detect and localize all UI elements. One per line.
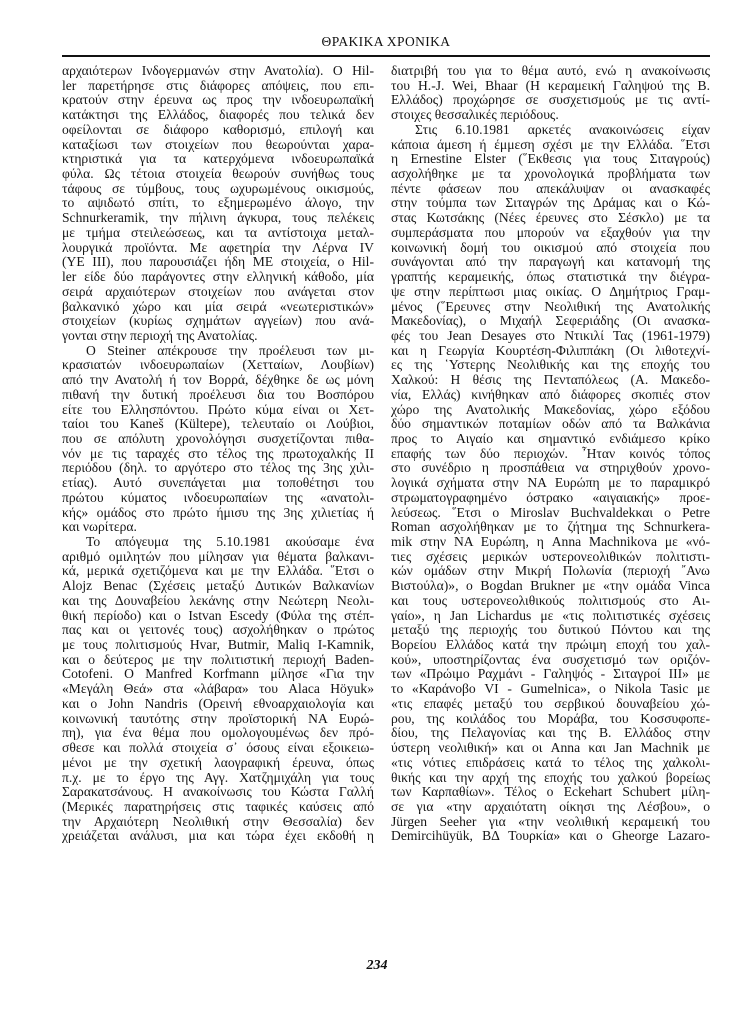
text-line: Στις 6.10.1981 αρκετές ανακοινώσεις είχα… (391, 123, 710, 138)
text-line: των Καρπαθίων». Τέλος ο Eckehart Schuber… (391, 785, 710, 800)
text-line: ταίοι του Kaneš (Kültepe), τελευταίο οι … (62, 417, 374, 432)
right-column: διατριβή του για το θέμα αυτό, ενώ η ανα… (391, 64, 710, 844)
text-line: τιες σχέσεις μερικών υστερονεολιθικών πο… (391, 550, 710, 565)
text-line: στην τούμπα των Σιταγρών της Δράμας και … (391, 196, 710, 211)
text-line: ασχολήθηκε με τα χρονολογικά προβλήματα … (391, 167, 710, 182)
text-line: συνάγονται από την παραγωγή και κατανομή… (391, 255, 710, 270)
text-line: μένος (῞Ερευνες στην Νεολιθική της Ανατο… (391, 300, 710, 315)
text-line: από την Ανατολή ή τον Βορρά, δέχθηκε δε … (62, 373, 374, 388)
text-line: (Μερικές παρατηρήσεις στις ταφικές καύσε… (62, 800, 374, 815)
text-line: σε για «την αρχαιότατη οίκησι της Λέσβου… (391, 800, 710, 815)
text-line: του H.-J. Wei, Bhaar (Η κεραμεική Γαληψο… (391, 79, 710, 94)
text-line: Ο Steiner απέκρουσε την προέλευσι των μι… (62, 344, 374, 359)
text-line: θική περίοδο) και ο Istvan Escedy (Φύλα … (62, 609, 374, 624)
text-line: μένοι με την σχετική λαογραφική έρευνα, … (62, 756, 374, 771)
text-line: και ο John Nandris (Ορεινή εθνοαρχαιολογ… (62, 697, 374, 712)
text-line: το αψιδωτό σπίτι, το εξημερωμένο άλογο, … (62, 196, 374, 211)
text-line: λεύσεως. ῞Ετσι ο Miroslav Buchvaldekκαι … (391, 506, 710, 521)
text-line: πη), για ένα θέμα που ομολογουμένως δεν … (62, 726, 374, 741)
text-line: ler παρετήρησε στις διάφορες απόψεις, πο… (62, 79, 374, 94)
text-line: η Ernestine Elster (῞Εκθεσις για τους Σι… (391, 152, 710, 167)
text-line: βαλκανικό χώρο και μία σειρά «νεωτεριστι… (62, 300, 374, 315)
text-line: Μακεδονίας), ο Μιχαήλ Σεφεριάδης (Οι ανα… (391, 314, 710, 329)
text-line: και τους υστερονεολιθικούς πολιτισμούς σ… (391, 594, 710, 609)
text-line: και η Γεωργία Κουρτέση-Φιλιππάκη (Οι λιθ… (391, 344, 710, 359)
text-line: «τις νότιες επιδράσεις κατά το τέλος της… (391, 756, 710, 771)
header-rule (62, 55, 710, 57)
text-line: με τμήμα στειλεώσεως, και τα αντίστοιχα … (62, 226, 374, 241)
text-line: οφείλονται σε διάφορο καθορισμό, επιλογή… (62, 123, 374, 138)
text-line: Σαρακατσάνους. Η ανακοίνωσις του Κώστα Γ… (62, 785, 374, 800)
text-line: κρατούν στην έρευνα ως προς την ινδοευρω… (62, 93, 374, 108)
text-line: δίου, της Πελαγονίας και της Β. Ελλάδος … (391, 726, 710, 741)
text-line: κρασιατών ινδοευρωπαίων (Χετταίων, Λουβί… (62, 358, 374, 373)
text-line: (ΥΕ III), που παρουσιάζει ήδη ΜΕ στοιχεί… (62, 255, 374, 270)
text-line: λογικά σχήματα στην ΝΑ Ευρώπη με το παρα… (391, 476, 710, 491)
text-line: στοιχες θεσσαλικές περιόδους. (391, 108, 710, 123)
text-line: κά, μερικά σχετιζόμενα και με την Ελλάδα… (62, 564, 374, 579)
text-line: γραπτής κεραμεικής, όπως στατιστικά την … (391, 270, 710, 285)
text-line: ler είδε δύο παράγοντες στην ελληνική κά… (62, 270, 374, 285)
text-line: και ο δεύτερος με την πολιτιστική περιοχ… (62, 653, 374, 668)
text-line: κού», υποστηρίζοντας ένα συσχετισμό των … (391, 653, 710, 668)
text-line: Roman ασχολήθηκαν με το ζήτημα της Schnu… (391, 520, 710, 535)
text-line: ες της ῾Υστερης Νεολιθικής και της εποχή… (391, 358, 710, 373)
text-line: περιόδου (δηλ. το αργότερο στο τέλος της… (62, 461, 374, 476)
text-line: γονται στην περιοχή της Ανατολίας. (62, 329, 374, 344)
text-line: πρώτου κύματος ινδοευρωπαίων της «ανατολ… (62, 491, 374, 506)
text-line: πιθανή την δυτική προέλευσι δια του Βοσπ… (62, 388, 374, 403)
text-line: με τους πολιτισμούς Hvar, Butmir, Maliq … (62, 638, 374, 653)
text-line: ψε στην περίπτωσι μιας οικίας. Ο Δημήτρι… (391, 285, 710, 300)
text-line: την Αρχαιότερη Νεολιθική στην Θεσσαλία) … (62, 815, 374, 830)
text-line: φύλα. Ως τέτοια στοιχεία θεωρούν συνήθως… (62, 167, 374, 182)
text-line: π.χ. με το έργο της Αγγ. Χατζημιχάλη για… (62, 771, 374, 786)
text-line: λουργικά προϊόντα. Με αφετηρία την Λέρνα… (62, 241, 374, 256)
text-line: φές του Jean Desayes στο Ντικιλί Τας (19… (391, 329, 710, 344)
text-line: σθεσε και πολλά στοιχεία σ᾽ όσους είναι … (62, 741, 374, 756)
text-line: ύστερη νεολιθική» και οι Anna και Jan Ma… (391, 741, 710, 756)
text-line: σειρά αρχαιότερων στοιχείων που ανάγεται… (62, 285, 374, 300)
text-line: νόν με τις ταραχές στο τέλος της πρωτοχα… (62, 447, 374, 462)
text-line: συμπεράσματα που μπορούν να εξαχθούν για… (391, 226, 710, 241)
text-line: αρχαιότερων Ινδογερμανών στην Ανατολία).… (62, 64, 374, 79)
text-line: γαίο», η Jan Lichardus με «τις πολιτιστι… (391, 609, 710, 624)
text-line: των «Πρώιμο Ραχμάνι - Γαληψός - Σιταγροί… (391, 667, 710, 682)
text-line: δύο σημαντικών ποταμίων οδών από τα Βαλκ… (391, 417, 710, 432)
text-line: Demircihüyük, ΒΔ Τουρκία» και ο Gheorge … (391, 829, 710, 844)
text-line: Jürgen Seeher για «την νεολιθική κεραμει… (391, 815, 710, 830)
text-line: διατριβή του για το θέμα αυτό, ενώ η ανα… (391, 64, 710, 79)
text-line: Alojz Benac (Σχέσεις μεταξύ Δυτικών Βαλκ… (62, 579, 374, 594)
left-column: αρχαιότερων Ινδογερμανών στην Ανατολία).… (62, 64, 374, 844)
text-line: κατάκτησι της Ελλάδος, διαφορές που τελι… (62, 108, 374, 123)
text-line: επαφής των δύο περιοχών. ῏Ηταν κοινός τό… (391, 447, 710, 462)
text-line: κτηριστικά για τα κατερχόμενα ινδοευρωπα… (62, 152, 374, 167)
text-line: το «Καράνοβο VI - Gumelnica», ο Nikola T… (391, 682, 710, 697)
text-line: πας και οι γειτονές τους) ασχολήθηκαν ο … (62, 623, 374, 638)
text-line: mik στην ΝΑ Ευρώπη, η Anna Machnikova με… (391, 535, 710, 550)
text-line: «Μεγάλη Θεά» στα «λάβαρα» του Alaca Höyu… (62, 682, 374, 697)
text-line: «τις επαφές μεταξύ του σερβικού δουναβεί… (391, 697, 710, 712)
text-line: είτε του Ελλησπόντου. Πρώτο κύμα είναι ο… (62, 403, 374, 418)
text-line: Βορείου Ελλάδος κατά την πρώιμη εποχή το… (391, 638, 710, 653)
text-line: μεταξύ της περιοχής του δυτικού Πόντου κ… (391, 623, 710, 638)
text-line: κής» ομάδος στο πρώτο ήμισυ της 3ης χιλι… (62, 506, 374, 521)
text-line: Βιστούλα)», ο Bogdan Brukner με «την ομά… (391, 579, 710, 594)
text-line: και νωρίτερα. (62, 520, 374, 535)
text-line: ρου, της κοιλάδος του Μοράβα, του Κοσσυφ… (391, 712, 710, 727)
running-title: ΘΡΑΚΙΚΑ ΧΡΟΝΙΚΑ (62, 34, 710, 50)
text-line: χρειάζεται ανάλυσι, μια και τώρα έχει εκ… (62, 829, 374, 844)
text-line: και της Δουναβείου λεκάνης στην Νεώτερη … (62, 594, 374, 609)
text-line: Το απόγευμα της 5.10.1981 ακούσαμε ένα (62, 535, 374, 550)
text-line: τάφους σε τύμβους, τους ωχυρωμένους οικι… (62, 182, 374, 197)
text-line: στρωματογραφημένο όστρακο «αιγαιακής» πρ… (391, 491, 710, 506)
text-line: κοινωνική δομή του οικισμού από στοιχεία… (391, 241, 710, 256)
text-line: κοινωνική ταυτότης στην προϊστορική ΝΑ Ε… (62, 712, 374, 727)
text-line: στας Κωτσάκης (Νέες έρευνες στο Σέσκλο) … (391, 211, 710, 226)
text-line: Schnurkeramik, την πήλινη άγκυρα, τους π… (62, 211, 374, 226)
text-line: πέντε φάσεων που απεκάλυψαν οι ανασκαφές (391, 182, 710, 197)
text-line: Cotofeni. Ο Manfred Korfmann μίλησε «Για… (62, 667, 374, 682)
text-line: κάποια άμεση ή έμμεση σχέσι με την Ελλάδ… (391, 138, 710, 153)
text-line: καταξίωσι των στοιχείων που θεωρούνται χ… (62, 138, 374, 153)
text-line: που σε απόλυτη χρονολόγησι συσχετίζονται… (62, 432, 374, 447)
text-line: κών ομάδων στην Μικρή Πολωνία (περιοχή ῎… (391, 564, 710, 579)
text-line: στοιχείων (κυρίως σχημάτων αγγείων) που … (62, 314, 374, 329)
text-line: στο συνέδριο η προσπάθεια να στηριχθούν … (391, 461, 710, 476)
document-page: ΘΡΑΚΙΚΑ ΧΡΟΝΙΚΑ αρχαιότερων Ινδογερμανών… (0, 0, 754, 1024)
text-line: χώρο της Ανατολικής Μακεδονίας, χώρο εξό… (391, 403, 710, 418)
text-line: ετίας). Αυτό συνεπάγεται μια τοποθέτησι … (62, 476, 374, 491)
page-number: 234 (0, 958, 754, 974)
text-line: Χαλκού: Η θέσις της Πενταπόλεως (Α. Μακε… (391, 373, 710, 388)
text-line: θικής και την αρχή της εποχής του χαλκού… (391, 771, 710, 786)
text-line: προς το Αιγαίο και σημαντικό ενδιάμεσο κ… (391, 432, 710, 447)
text-line: αριθμό ομιλητών που μίλησαν για θέματα β… (62, 550, 374, 565)
text-line: Ελλάδος) προχώρησε σε συσχετισμούς με τι… (391, 93, 710, 108)
text-line: νία, Ελλάς) κινήθηκαν από διάφορες σκοπι… (391, 388, 710, 403)
